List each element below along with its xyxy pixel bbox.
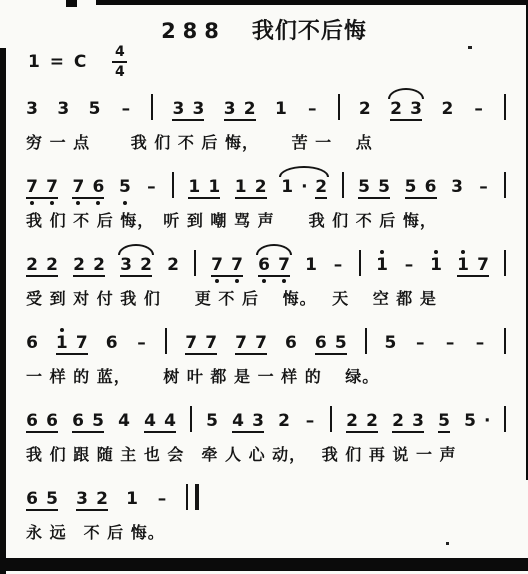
- note-number: –: [306, 101, 318, 118]
- note-group: 3: [57, 101, 69, 118]
- note: 3: [252, 413, 264, 430]
- note-number: 3: [172, 101, 184, 118]
- note: 5: [92, 413, 104, 430]
- note-group: 77: [235, 335, 267, 352]
- octave-dot-below: [235, 279, 239, 283]
- note-number: 5: [119, 179, 131, 196]
- note: 5: [335, 335, 347, 352]
- note: 7: [477, 257, 489, 274]
- note: ·: [301, 179, 307, 196]
- note-number: 4: [232, 413, 244, 430]
- note-number: 6: [26, 335, 38, 352]
- notes-row: 77765–11121·255563–: [26, 160, 506, 196]
- barline: [151, 94, 153, 120]
- note-number: 7: [72, 179, 84, 196]
- note-number: –: [156, 491, 168, 508]
- note: 6: [285, 335, 297, 352]
- note-number: 2: [278, 413, 290, 430]
- note-group: 66: [26, 413, 58, 430]
- barline: [504, 94, 506, 120]
- note-group: 5: [119, 179, 131, 196]
- note: 4: [232, 413, 244, 430]
- barline: [330, 406, 332, 432]
- note-group: 65: [315, 335, 347, 352]
- note-number: 7: [205, 335, 217, 352]
- note-number: 7: [235, 335, 247, 352]
- note-group: 1: [126, 491, 138, 508]
- note: 2: [359, 101, 371, 118]
- note-number: 5: [384, 335, 396, 352]
- note-group: 22: [73, 257, 105, 274]
- note-number: –: [414, 335, 426, 352]
- note: 5: [464, 413, 476, 430]
- note-group: 32: [224, 101, 256, 118]
- note: 2: [73, 257, 85, 274]
- note: 2: [46, 257, 58, 274]
- note: 3: [120, 257, 132, 274]
- note: 7: [185, 335, 197, 352]
- note-number: 2: [93, 257, 105, 274]
- note: 5: [384, 335, 396, 352]
- note: 7: [211, 257, 223, 274]
- note-number: 3: [76, 491, 88, 508]
- note-number: –: [136, 335, 148, 352]
- note: 2: [140, 257, 152, 274]
- score-line: 77765–11121·255563–我 们 不 后 悔， 听 到 嘲 骂 声 …: [26, 160, 506, 238]
- note-number: 6: [315, 335, 327, 352]
- note-number: 2: [346, 413, 358, 430]
- note: 2: [96, 491, 108, 508]
- note: 5: [119, 179, 131, 196]
- note-group: –: [156, 491, 168, 508]
- notes-row: 66654445432–222355·: [26, 394, 506, 430]
- note-group: 3: [451, 179, 463, 196]
- dash-note: –: [474, 335, 486, 352]
- note-group: 5: [438, 413, 450, 430]
- note-group: 32: [76, 491, 108, 508]
- note: 4: [144, 413, 156, 430]
- note-group: 23: [390, 101, 422, 118]
- note: 6: [425, 179, 437, 196]
- note-number: 7: [76, 335, 88, 352]
- note-group: –: [474, 335, 486, 352]
- scan-artifact-top-edge: [96, 0, 528, 5]
- lyrics-line: 永 远 不 后 悔。: [26, 520, 506, 543]
- note: 6: [26, 335, 38, 352]
- scan-artifact-left-edge: [0, 48, 6, 574]
- note-group: 65: [72, 413, 104, 430]
- lyrics-line: 穷 一 点 我 们 不 后 悔， 苦 一 点: [26, 130, 506, 153]
- note-number: 1: [56, 335, 68, 352]
- time-signature-denominator: 4: [115, 65, 125, 79]
- note-group: –: [136, 335, 148, 352]
- note: 1: [430, 257, 442, 274]
- note-group: –: [403, 257, 415, 274]
- dash-note: –: [306, 101, 318, 118]
- note-group: 32: [120, 257, 152, 274]
- time-signature-numerator: 4: [115, 45, 125, 59]
- note-number: 2: [167, 257, 179, 274]
- note-number: 3: [252, 413, 264, 430]
- note-number: 3: [192, 101, 204, 118]
- dash-note: –: [304, 413, 316, 430]
- note: 3: [57, 101, 69, 118]
- note-number: –: [145, 179, 157, 196]
- note-group: 6: [285, 335, 297, 352]
- octave-dot-below: [262, 279, 266, 283]
- note: 7: [205, 335, 217, 352]
- score-line: 66654445432–222355·我 们 跟 随 主 也 会 牵 人 心 动…: [26, 394, 506, 472]
- note-group: 56: [405, 179, 437, 196]
- note: 4: [164, 413, 176, 430]
- dash-note: –: [332, 257, 344, 274]
- barline: [194, 250, 196, 276]
- time-signature-fraction-bar: [112, 61, 127, 63]
- note-group: 23: [392, 413, 424, 430]
- note-group: 65: [26, 491, 58, 508]
- score: 335–33321–2232–穷 一 点 我 们 不 后 悔， 苦 一 点777…: [26, 82, 506, 550]
- note: 7: [255, 335, 267, 352]
- note: 2: [244, 101, 256, 118]
- note-number: ·: [484, 413, 490, 430]
- note-number: 1: [275, 101, 287, 118]
- note-group: –: [444, 335, 456, 352]
- scan-artifact-top-tick: [66, 0, 77, 7]
- note: 3: [410, 101, 422, 118]
- dash-note: –: [444, 335, 456, 352]
- time-signature: 4 4: [112, 45, 127, 79]
- note-group: 44: [144, 413, 176, 430]
- note-number: 6: [72, 413, 84, 430]
- barline: [172, 172, 174, 198]
- barline: [338, 94, 340, 120]
- note: 7: [46, 179, 58, 196]
- note: 2: [441, 101, 453, 118]
- note-number: 7: [231, 257, 243, 274]
- note-number: 1: [235, 179, 247, 196]
- barline: [359, 250, 361, 276]
- note-number: 6: [106, 335, 118, 352]
- note-number: 2: [140, 257, 152, 274]
- note: 2: [392, 413, 404, 430]
- lyrics-line: 我 们 跟 随 主 也 会 牵 人 心 动， 我 们 再 说 一 声: [26, 442, 506, 465]
- header: 288 我们不后悔: [0, 14, 528, 45]
- note-number: –: [477, 179, 489, 196]
- barline: [165, 328, 167, 354]
- note-number: 2: [390, 101, 402, 118]
- note-group: 1: [376, 257, 388, 274]
- note: 3: [412, 413, 424, 430]
- scan-artifact-bottom-edge: [6, 558, 528, 571]
- note: 7: [72, 179, 84, 196]
- note: 6: [26, 413, 38, 430]
- note-group: 1·2: [281, 179, 327, 196]
- note-group: 22: [346, 413, 378, 430]
- note-number: 3: [410, 101, 422, 118]
- octave-dot-above: [461, 250, 465, 254]
- note-group: 3: [26, 101, 38, 118]
- note-number: 5: [358, 179, 370, 196]
- note-number: 1: [430, 257, 442, 274]
- note-number: 7: [278, 257, 290, 274]
- note-group: 17: [457, 257, 489, 274]
- note: 5: [438, 413, 450, 430]
- barline: [190, 406, 192, 432]
- note: 5: [89, 101, 101, 118]
- slur-arc: [388, 88, 424, 99]
- note-number: 3: [26, 101, 38, 118]
- octave-dot-below: [215, 279, 219, 283]
- note-number: ·: [301, 179, 307, 196]
- note: 5: [206, 413, 218, 430]
- note: 2: [315, 179, 327, 196]
- note-number: 1: [188, 179, 200, 196]
- note-number: 5: [89, 101, 101, 118]
- note: 5: [358, 179, 370, 196]
- note-group: 43: [232, 413, 264, 430]
- notes-row: 222232277671–1–117: [26, 238, 506, 274]
- note-group: 76: [72, 179, 104, 196]
- note: 2: [366, 413, 378, 430]
- note-number: 7: [46, 179, 58, 196]
- slur-arc: [279, 166, 329, 177]
- barline: [504, 172, 506, 198]
- lyrics-line: 受 到 对 付 我 们 更 不 后 悔。 天 空 都 是: [26, 286, 506, 309]
- octave-dot-below: [50, 201, 54, 205]
- note: 2: [93, 257, 105, 274]
- note: 2: [167, 257, 179, 274]
- song-title: 我们不后悔: [252, 14, 367, 45]
- note: 7: [235, 335, 247, 352]
- note-number: 5: [335, 335, 347, 352]
- note-number: –: [120, 101, 132, 118]
- note: 2: [390, 101, 402, 118]
- note-number: 5: [378, 179, 390, 196]
- note-group: –: [145, 179, 157, 196]
- score-line: 335–33321–2232–穷 一 点 我 们 不 后 悔， 苦 一 点: [26, 82, 506, 160]
- lyrics-line: 我 们 不 后 悔， 听 到 嘲 骂 声 我 们 不 后 悔，: [26, 208, 506, 231]
- dash-note: –: [403, 257, 415, 274]
- note-group: –: [332, 257, 344, 274]
- note-group: 67: [258, 257, 290, 274]
- note: 5: [405, 179, 417, 196]
- note-group: 11: [188, 179, 220, 196]
- dash-note: –: [414, 335, 426, 352]
- note-number: 2: [73, 257, 85, 274]
- note-group: 1: [305, 257, 317, 274]
- note: 7: [76, 335, 88, 352]
- barline: [504, 250, 506, 276]
- slur-arc: [118, 244, 154, 255]
- note: 3: [172, 101, 184, 118]
- note: 2: [255, 179, 267, 196]
- lyrics-line: 一 样 的 蓝， 树 叶 都 是 一 样 的 绿。: [26, 364, 506, 387]
- note-number: 5: [405, 179, 417, 196]
- note-number: 2: [441, 101, 453, 118]
- note-number: 2: [96, 491, 108, 508]
- note: 3: [76, 491, 88, 508]
- note-number: 7: [255, 335, 267, 352]
- note-number: –: [474, 335, 486, 352]
- note: 7: [231, 257, 243, 274]
- notes-row: 6176–77776655–––: [26, 316, 506, 352]
- note-group: 77: [211, 257, 243, 274]
- barline: [504, 328, 506, 354]
- note-group: 2: [167, 257, 179, 274]
- notes-row: 65321–: [26, 472, 506, 508]
- note-number: 1: [208, 179, 220, 196]
- note-number: 1: [281, 179, 293, 196]
- note: 1: [208, 179, 220, 196]
- note: 6: [72, 413, 84, 430]
- note-number: 3: [57, 101, 69, 118]
- note-number: 3: [451, 179, 463, 196]
- note-group: 5·: [464, 413, 490, 430]
- note-number: 6: [92, 179, 104, 196]
- note-number: 6: [46, 413, 58, 430]
- score-line: 222232277671–1–117受 到 对 付 我 们 更 不 后 悔。 天…: [26, 238, 506, 316]
- octave-dot-below: [282, 279, 286, 283]
- note: 1: [275, 101, 287, 118]
- note-number: 6: [425, 179, 437, 196]
- note-number: –: [444, 335, 456, 352]
- note-group: 77: [26, 179, 58, 196]
- note-number: 5: [92, 413, 104, 430]
- note-number: 1: [305, 257, 317, 274]
- dash-note: –: [120, 101, 132, 118]
- note: 1: [305, 257, 317, 274]
- note-number: 4: [164, 413, 176, 430]
- note-number: 6: [285, 335, 297, 352]
- key-signature: 1 = C: [28, 52, 88, 72]
- note: 1: [188, 179, 200, 196]
- note-group: 5: [206, 413, 218, 430]
- note-group: –: [304, 413, 316, 430]
- octave-dot-above: [60, 328, 64, 332]
- note-number: 2: [315, 179, 327, 196]
- note: ·: [484, 413, 490, 430]
- note-group: 77: [185, 335, 217, 352]
- note-number: 3: [412, 413, 424, 430]
- score-line: 65321–永 远 不 后 悔。: [26, 472, 506, 550]
- dash-note: –: [477, 179, 489, 196]
- note: 3: [451, 179, 463, 196]
- note: 6: [106, 335, 118, 352]
- slur-arc: [256, 244, 292, 255]
- note: 7: [26, 179, 38, 196]
- note-group: –: [120, 101, 132, 118]
- note: 1: [126, 491, 138, 508]
- note-number: 6: [258, 257, 270, 274]
- note-number: 6: [26, 491, 38, 508]
- note: 2: [26, 257, 38, 274]
- note: 6: [46, 413, 58, 430]
- note-number: 7: [211, 257, 223, 274]
- dash-note: –: [156, 491, 168, 508]
- note-group: 2: [441, 101, 453, 118]
- note-group: 17: [56, 335, 88, 352]
- octave-dot-below: [123, 201, 127, 205]
- note-number: 2: [392, 413, 404, 430]
- note: 5: [378, 179, 390, 196]
- note-number: 5: [46, 491, 58, 508]
- note-group: 2: [278, 413, 290, 430]
- barline: [365, 328, 367, 354]
- note-number: 2: [26, 257, 38, 274]
- note: 3: [224, 101, 236, 118]
- note: 1: [235, 179, 247, 196]
- note-group: 4: [118, 413, 130, 430]
- note-group: –: [414, 335, 426, 352]
- note-group: 1: [275, 101, 287, 118]
- octave-dot-above: [380, 250, 384, 254]
- note-number: 7: [477, 257, 489, 274]
- note-group: 6: [26, 335, 38, 352]
- note: 1: [281, 179, 293, 196]
- note-group: 22: [26, 257, 58, 274]
- key-and-time-row: 1 = C 4 4: [28, 42, 127, 82]
- scan-artifact-speck: [468, 46, 472, 49]
- note-number: 1: [376, 257, 388, 274]
- note: 1: [457, 257, 469, 274]
- octave-dot-below: [76, 201, 80, 205]
- note-number: –: [473, 101, 485, 118]
- note-number: 2: [359, 101, 371, 118]
- note: 1: [376, 257, 388, 274]
- note-number: 3: [224, 101, 236, 118]
- note-number: 7: [185, 335, 197, 352]
- note-number: 6: [26, 413, 38, 430]
- note-number: 4: [144, 413, 156, 430]
- note-group: –: [473, 101, 485, 118]
- note-number: 2: [255, 179, 267, 196]
- note: 2: [278, 413, 290, 430]
- note: 1: [56, 335, 68, 352]
- note-number: 7: [26, 179, 38, 196]
- note: 7: [278, 257, 290, 274]
- note-group: 5: [384, 335, 396, 352]
- sheet-music-page: 288 我们不后悔 1 = C 4 4 335–33321–2232–穷 一 点…: [0, 0, 528, 574]
- note-number: 2: [46, 257, 58, 274]
- dash-note: –: [145, 179, 157, 196]
- note-group: 33: [172, 101, 204, 118]
- note: 6: [92, 179, 104, 196]
- note: 3: [192, 101, 204, 118]
- barline: [504, 406, 506, 432]
- octave-dot-below: [96, 201, 100, 205]
- barline: [342, 172, 344, 198]
- note-number: –: [403, 257, 415, 274]
- note-number: 5: [464, 413, 476, 430]
- song-number: 288: [161, 19, 226, 43]
- note-number: 3: [120, 257, 132, 274]
- note-number: –: [304, 413, 316, 430]
- dash-note: –: [136, 335, 148, 352]
- note-number: 5: [438, 413, 450, 430]
- note: 2: [346, 413, 358, 430]
- note-group: 5: [89, 101, 101, 118]
- note-group: 12: [235, 179, 267, 196]
- note-number: 1: [126, 491, 138, 508]
- score-line: 6176–77776655–––一 样 的 蓝， 树 叶 都 是 一 样 的 绿…: [26, 316, 506, 394]
- note-group: –: [306, 101, 318, 118]
- note-number: 2: [244, 101, 256, 118]
- note-number: 4: [118, 413, 130, 430]
- note: 6: [258, 257, 270, 274]
- note-group: 2: [359, 101, 371, 118]
- note-number: –: [332, 257, 344, 274]
- note: 5: [46, 491, 58, 508]
